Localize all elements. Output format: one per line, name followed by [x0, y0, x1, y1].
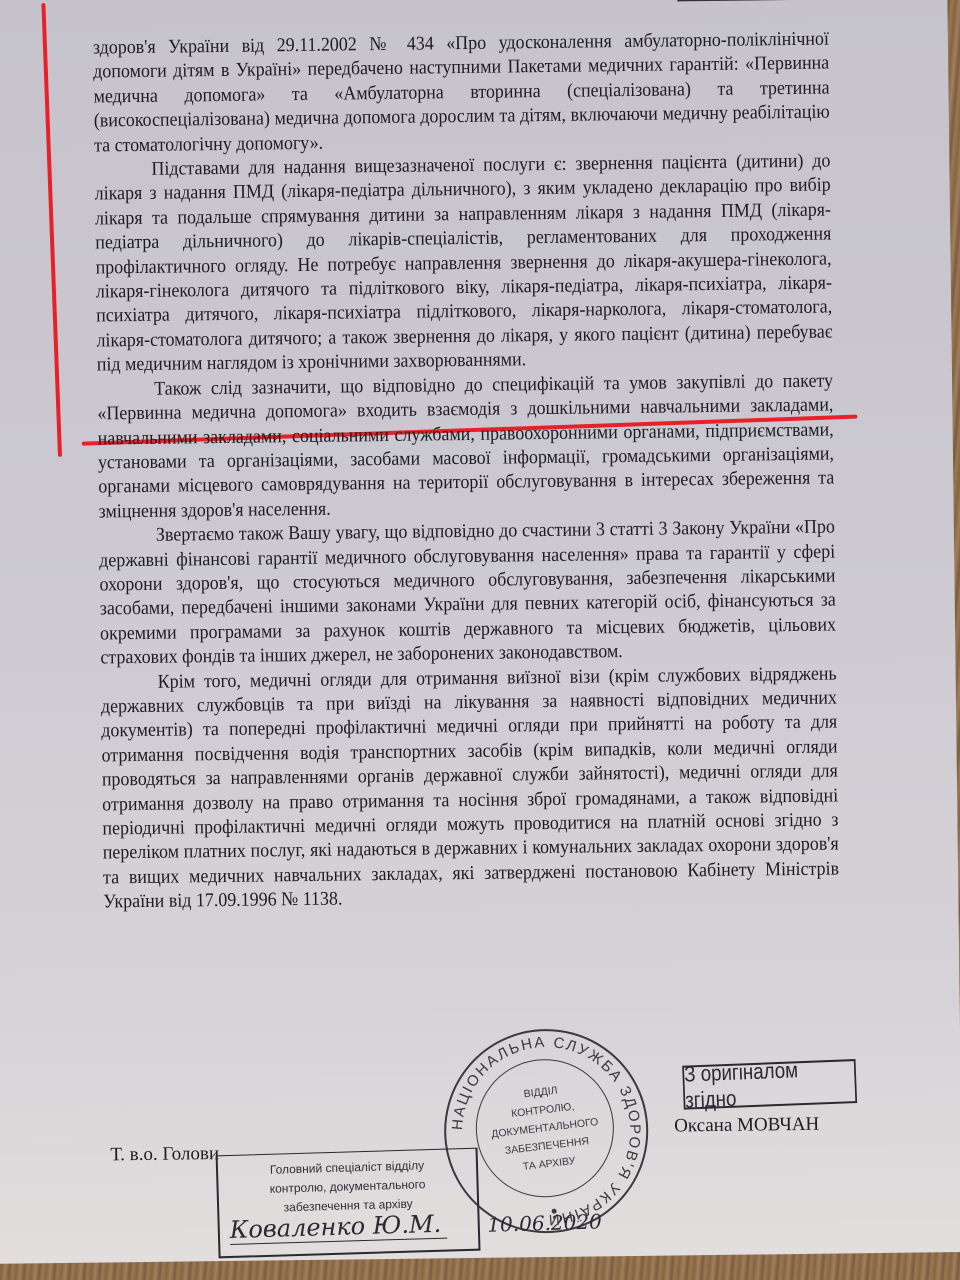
document-page: ДОКУМЕНТА здоров'я України від 29.11.200…: [0, 0, 960, 1264]
paragraph: Звертаємо також Вашу увагу, що відповідн…: [99, 516, 837, 671]
red-annotation-vertical-line: [41, 3, 62, 457]
signer-position: Т. в.о. Голови: [110, 1143, 219, 1166]
certification-stamp: Головний спеціаліст відділу контролю, до…: [216, 1148, 481, 1259]
copy-certified-stamp: З оригіналом згідно: [682, 1059, 857, 1110]
handwritten-date: 10.06.2020: [487, 1209, 602, 1236]
paragraph: Також слід зазначити, що відповідно до с…: [97, 369, 835, 524]
signer-name: Оксана МОВЧАН: [674, 1114, 819, 1138]
letter-body: здоров'я України від 29.11.2002 № 434 «П…: [93, 28, 840, 916]
paragraph: здоров'я України від 29.11.2002 № 434 «П…: [93, 28, 830, 159]
handwritten-signature: Коваленко Ю.М.: [229, 1210, 447, 1245]
top-stamp: ДОКУМЕНТА: [677, 0, 811, 1]
paragraph: Крім того, медичні огляди для отримання …: [101, 662, 840, 915]
paragraph: Підставами для надання вищезазначеної по…: [94, 150, 833, 379]
